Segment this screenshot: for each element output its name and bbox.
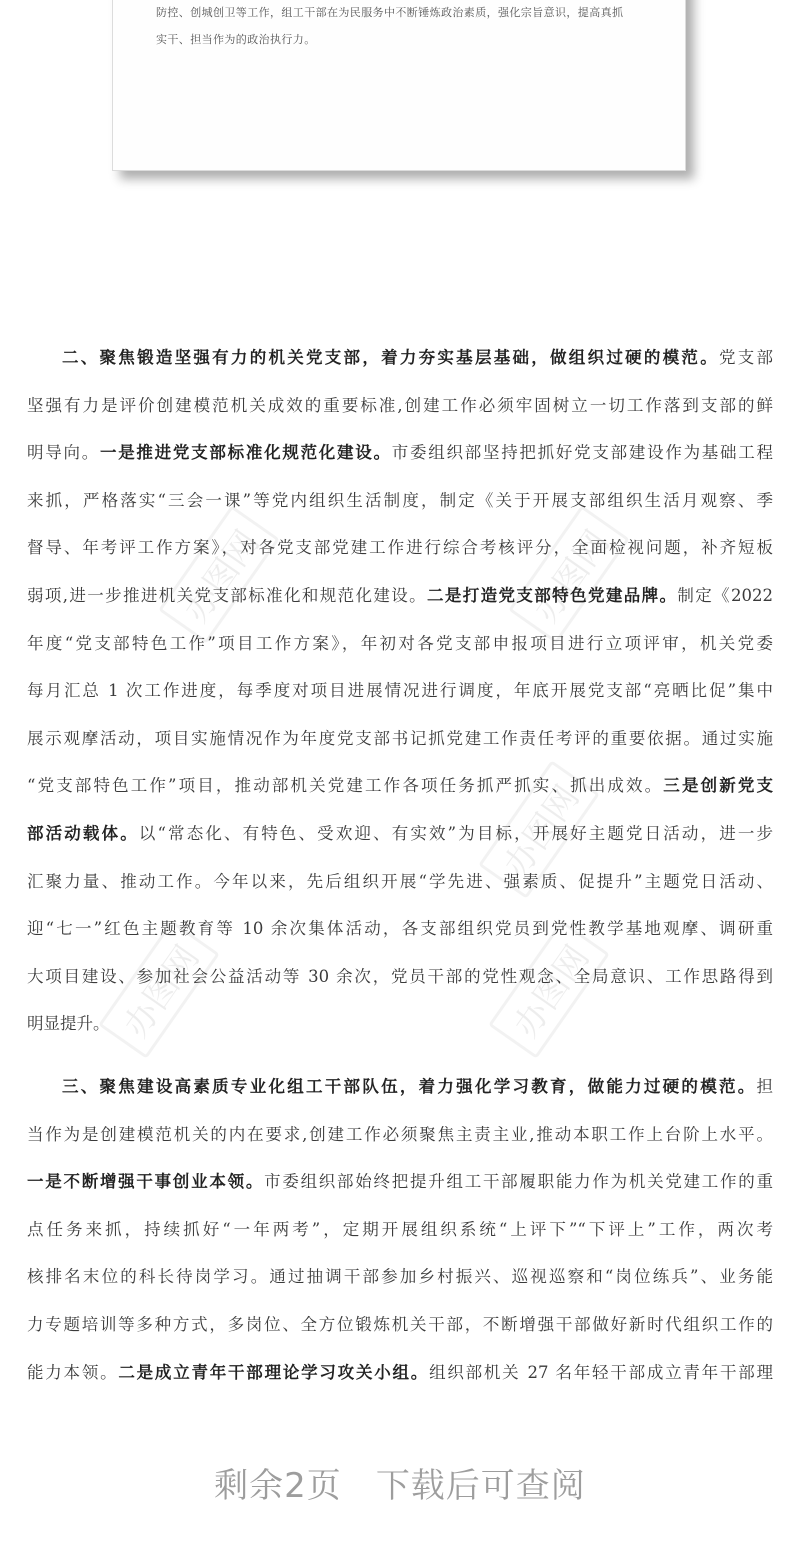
text-line: 部活动载体。以“常态化、有特色、受欢迎、有实效”为目标，开展好主题党日活动，进一… — [27, 822, 773, 846]
text-segment: 市委组织部始终把提升组工干部履职能力作为机关党建工作的重 — [264, 1172, 773, 1191]
text-segment: 担 — [757, 1077, 774, 1096]
text-segment: 以“常态化、有特色、受欢迎、有实效”为目标，开展好主题党日活动，进一步 — [139, 824, 773, 843]
text-line: 明显提升。 — [27, 1012, 773, 1036]
text-segment: 弱项,进一步推进机关党支部标准化和规范化建设。 — [27, 586, 427, 605]
text-segment: 督导、年考评工作方案》，对各党支部党建工作进行综合考核评分，全面检视问题，补齐短… — [27, 538, 773, 557]
remaining-pages-notice[interactable]: 剩余2页下载后可查阅 — [0, 1458, 800, 1507]
text-segment: 当作为是创建模范机关的内在要求,创建工作必须聚焦主责主业,推动本职工作上台阶上水… — [27, 1125, 773, 1144]
bold-lead-phrase: 二是打造党支部特色党建品牌。 — [427, 586, 677, 605]
text-line: 督导、年考评工作方案》，对各党支部党建工作进行综合考核评分，全面检视问题，补齐短… — [27, 536, 773, 560]
text-line: 坚强有力是评价创建模范机关成效的重要标准,创建工作必须牢固树立一切工作落到支部的… — [27, 394, 773, 418]
text-line: “党支部特色工作”项目，推动部机关党建工作各项任务抓严抓实、抓出成效。三是创新党… — [27, 774, 773, 798]
bold-lead-phrase: 二、聚焦锻造坚强有力的机关党支部，着力夯实基层基础，做组织过硬的模范。 — [62, 348, 719, 367]
watermark: 办图网 — [508, 505, 630, 644]
text-segment: 每月汇总 1 次工作进度，每季度对项目进展情况进行调度，年底开展党支部“亮晒比促… — [27, 681, 773, 700]
text-line: 每月汇总 1 次工作进度，每季度对项目进展情况进行调度，年底开展党支部“亮晒比促… — [27, 679, 773, 703]
text-line: 一是不断增强干事创业本领。市委组织部始终把提升组工干部履职能力作为机关党建工作的… — [27, 1170, 773, 1194]
text-line: 三、聚焦建设高素质专业化组工干部队伍，着力强化学习教育，做能力过硬的模范。担 — [62, 1075, 773, 1099]
text-line: 年度“党支部特色工作”项目工作方案》，年初对各党支部申报项目进行立项评审，机关党… — [27, 632, 773, 656]
bold-lead-phrase: 三、聚焦建设高素质专业化组工干部队伍，着力强化学习教育，做能力过硬的模范。 — [62, 1077, 757, 1096]
text-line: 大项目建设、参加社会公益活动等 30 余次，党员干部的党性观念、全局意识、工作思… — [27, 965, 773, 989]
text-segment: 组织部机关 27 名年轻干部成立青年干部理 — [429, 1363, 773, 1382]
text-segment: 点任务来抓，持续抓好“一年两考”，定期开展组织系统“上评下”“下评上”工作，两次… — [27, 1220, 773, 1239]
download-hint: 下载后可查阅 — [376, 1466, 586, 1506]
text-segment: 迎“七一”红色主题教育等 10 余次集体活动，各支部组织党员到党性教学基地观摩、… — [27, 919, 773, 938]
bold-lead-phrase: 一是推进党支部标准化规范化建设。 — [100, 443, 392, 462]
text-segment: 明导向。 — [27, 443, 100, 462]
bold-lead-phrase: 二是成立青年干部理论学习攻关小组。 — [118, 1363, 429, 1382]
text-segment: 来抓，严格落实“三会一课”等党内组织生活制度，制定《关于开展支部组织生活月观察、… — [27, 491, 773, 510]
text-line: 当作为是创建模范机关的内在要求,创建工作必须聚焦主责主业,推动本职工作上台阶上水… — [27, 1123, 773, 1147]
text-line: 力专题培训等多种方式，多岗位、全方位锻炼机关干部，不断增强干部做好新时代组织工作… — [27, 1313, 773, 1337]
text-segment: 能力本领。 — [27, 1363, 118, 1382]
text-line: 来抓，严格落实“三会一课”等党内组织生活制度，制定《关于开展支部组织生活月观察、… — [27, 489, 773, 513]
text-segment: 展示观摩活动，项目实施情况作为年度党支部书记抓党建工作责任考评的重要依据。通过实… — [27, 729, 773, 748]
remaining-pages-count: 剩余2页 — [214, 1466, 342, 1506]
bold-lead-phrase: 一是不断增强干事创业本领。 — [27, 1172, 264, 1191]
text-line: 展示观摩活动，项目实施情况作为年度党支部书记抓党建工作责任考评的重要依据。通过实… — [27, 727, 773, 751]
bold-lead-phrase: 三是创新党支 — [663, 776, 773, 795]
bold-lead-phrase: 部活动载体。 — [27, 824, 139, 843]
text-segment: 坚强有力是评价创建模范机关成效的重要标准,创建工作必须牢固树立一切工作落到支部的… — [27, 396, 773, 415]
text-segment: “党支部特色工作”项目，推动部机关党建工作各项任务抓严抓实、抓出成效。 — [27, 776, 663, 795]
text-line: 明导向。一是推进党支部标准化规范化建设。市委组织部坚持把抓好党支部建设作为基础工… — [27, 441, 773, 465]
text-segment: 核排名末位的科长待岗学习。通过抽调干部参加乡村振兴、巡视巡察和“岗位练兵”、业务… — [27, 1267, 773, 1286]
card-text-line: 实干、担当作为的政治执行力。 — [156, 31, 316, 47]
text-segment: 明显提升。 — [27, 1014, 110, 1033]
text-segment: 大项目建设、参加社会公益活动等 30 余次，党员干部的党性观念、全局意识、工作思… — [27, 967, 773, 986]
text-segment: 市委组织部坚持把抓好党支部建设作为基础工程 — [392, 443, 773, 462]
text-line: 弱项,进一步推进机关党支部标准化和规范化建设。二是打造党支部特色党建品牌。制定《… — [27, 584, 773, 608]
previous-page-card: 防控、创城创卫等工作，组工干部在为民服务中不断锤炼政治素质，强化宗旨意识，提高真… — [112, 0, 686, 171]
text-segment: 年度“党支部特色工作”项目工作方案》，年初对各党支部申报项目进行立项评审，机关党… — [27, 634, 773, 653]
text-line: 能力本领。二是成立青年干部理论学习攻关小组。组织部机关 27 名年轻干部成立青年… — [27, 1361, 773, 1385]
text-segment: 制定《2022 — [677, 586, 773, 605]
watermark: 办图网 — [158, 505, 280, 644]
text-line: 汇聚力量、推动工作。今年以来，先后组织开展“学先进、强素质、促提升”主题党日活动… — [27, 870, 773, 894]
text-line: 点任务来抓，持续抓好“一年两考”，定期开展组织系统“上评下”“下评上”工作，两次… — [27, 1218, 773, 1242]
text-line: 二、聚焦锻造坚强有力的机关党支部，着力夯实基层基础，做组织过硬的模范。党支部 — [62, 346, 773, 370]
card-text-line: 防控、创城创卫等工作，组工干部在为民服务中不断锤炼政治素质，强化宗旨意识，提高真… — [156, 4, 623, 20]
text-segment: 党支部 — [719, 348, 773, 367]
text-line: 核排名末位的科长待岗学习。通过抽调干部参加乡村振兴、巡视巡察和“岗位练兵”、业务… — [27, 1265, 773, 1289]
text-segment: 力专题培训等多种方式，多岗位、全方位锻炼机关干部，不断增强干部做好新时代组织工作… — [27, 1315, 773, 1334]
text-line: 迎“七一”红色主题教育等 10 余次集体活动，各支部组织党员到党性教学基地观摩、… — [27, 917, 773, 941]
text-segment: 汇聚力量、推动工作。今年以来，先后组织开展“学先进、强素质、促提升”主题党日活动… — [27, 872, 773, 891]
